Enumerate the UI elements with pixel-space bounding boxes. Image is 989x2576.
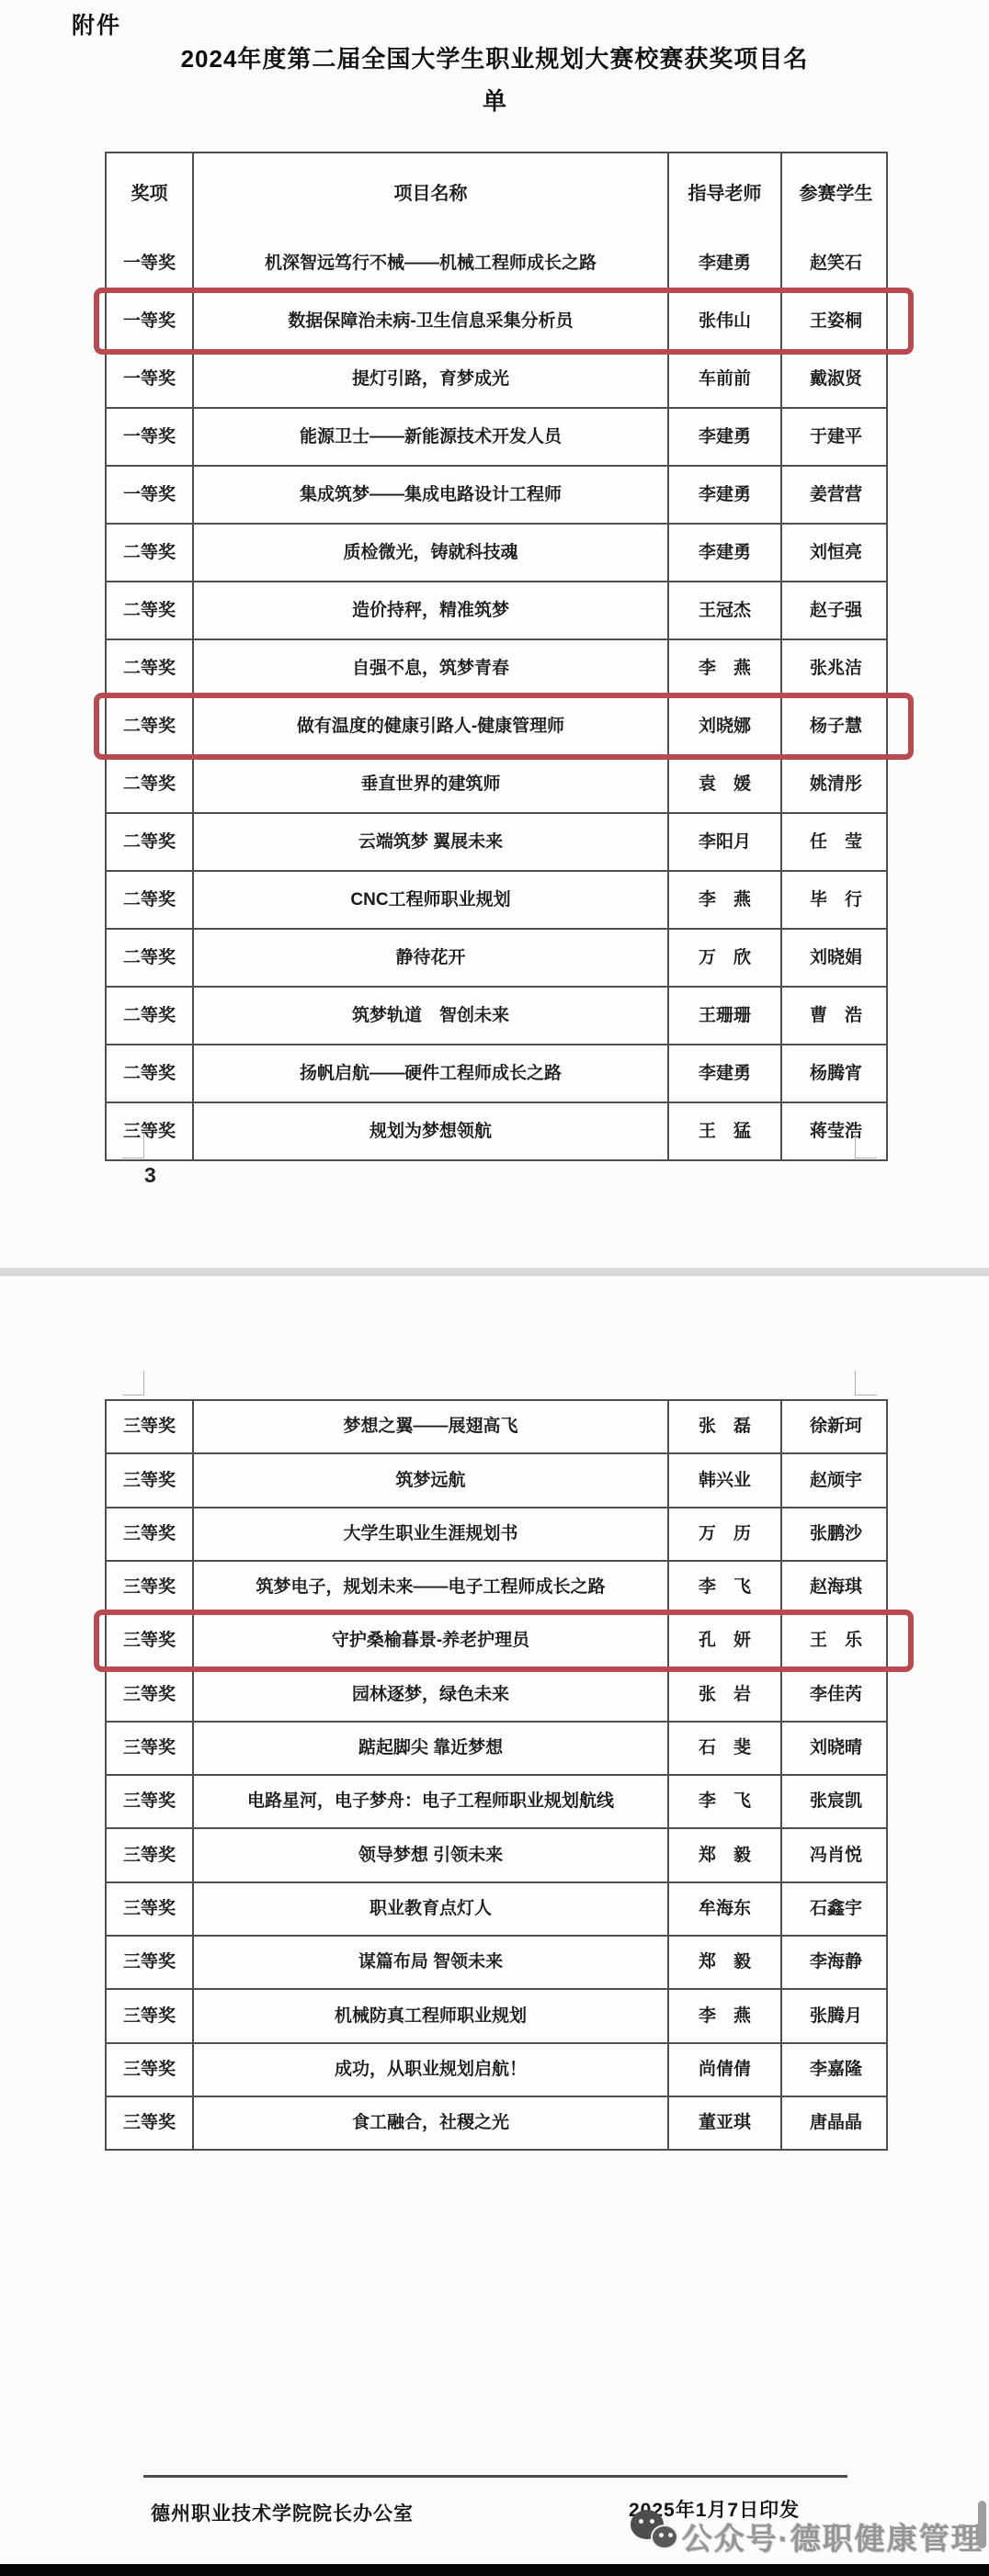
table-header-row: 奖项 项目名称 指导老师 参赛学生 bbox=[107, 153, 886, 235]
teacher-cell: 李建勇 bbox=[667, 1045, 780, 1102]
teacher-cell: 万 欣 bbox=[667, 930, 780, 986]
wechat-icon bbox=[631, 2508, 688, 2559]
teacher-cell: 车前前 bbox=[667, 351, 780, 407]
award-cell: 一等奖 bbox=[107, 467, 192, 523]
teacher-cell: 李阳月 bbox=[667, 814, 780, 870]
award-cell: 三等奖 bbox=[107, 2044, 192, 2096]
project-name-cell: 造价持秤，精准筑梦 bbox=[192, 582, 667, 638]
award-cell: 三等奖 bbox=[107, 1401, 192, 1452]
header-award: 奖项 bbox=[107, 153, 192, 235]
project-name-cell: 集成筑梦——集成电路设计工程师 bbox=[192, 467, 667, 523]
table-row: 二等奖 做有温度的健康引路人-健康管理师 刘晓娜 杨子慧 bbox=[107, 696, 886, 754]
student-cell: 于建平 bbox=[780, 409, 890, 465]
award-cell: 二等奖 bbox=[107, 872, 192, 928]
table-row: 二等奖 垂直世界的建筑师 袁 媛 姚清彤 bbox=[107, 754, 886, 812]
crop-mark bbox=[855, 1134, 877, 1158]
student-cell: 赵笑石 bbox=[780, 235, 890, 291]
watermark-text: 公众号·德职健康管理 bbox=[682, 2515, 983, 2559]
award-cell: 三等奖 bbox=[107, 1723, 192, 1774]
award-cell: 二等奖 bbox=[107, 525, 192, 581]
student-cell: 李嘉隆 bbox=[780, 2044, 890, 2096]
student-cell: 张鹏沙 bbox=[780, 1508, 890, 1560]
table-row: 二等奖 造价持秤，精准筑梦 王冠杰 赵子强 bbox=[107, 581, 886, 638]
student-cell: 张腾月 bbox=[780, 1990, 890, 2041]
project-name-cell: 梦想之翼——展翅高飞 bbox=[192, 1401, 667, 1452]
table-row: 三等奖 食工融合，社稷之光 董亚琪 唐晶晶 bbox=[107, 2096, 886, 2149]
table-row: 一等奖 提灯引路，育梦成光 车前前 戴淑贤 bbox=[107, 349, 886, 407]
teacher-cell: 张伟山 bbox=[667, 293, 780, 349]
project-name-cell: 职业教育点灯人 bbox=[192, 1883, 667, 1935]
awards-table-page1: 奖项 项目名称 指导老师 参赛学生 一等奖 机深智远笃行不械——机械工程师成长之… bbox=[105, 152, 888, 1161]
table-row: 二等奖 质检微光，铸就科技魂 李建勇 刘恒亮 bbox=[107, 523, 886, 581]
teacher-cell: 李 燕 bbox=[667, 1990, 780, 2041]
project-name-cell: CNC工程师职业规划 bbox=[192, 872, 667, 928]
student-cell: 冯肖悦 bbox=[780, 1829, 890, 1881]
student-cell: 姜营营 bbox=[780, 467, 890, 523]
teacher-cell: 万 历 bbox=[667, 1508, 780, 1560]
teacher-cell: 郑 毅 bbox=[667, 1937, 780, 1988]
project-name-cell: 成功，从职业规划启航！ bbox=[192, 2044, 667, 2096]
table-row: 三等奖 筑梦远航 韩兴业 赵颃宇 bbox=[107, 1452, 886, 1506]
table-row: 三等奖 职业教育点灯人 牟海东 石鑫宇 bbox=[107, 1881, 886, 1935]
table-row: 三等奖 成功，从职业规划启航！ 尚倩倩 李嘉隆 bbox=[107, 2042, 886, 2096]
project-name-cell: 数据保障治未病-卫生信息采集分析员 bbox=[192, 293, 667, 349]
student-cell: 王姿桐 bbox=[780, 293, 890, 349]
student-cell: 杨子慧 bbox=[780, 698, 890, 754]
teacher-cell: 李 飞 bbox=[667, 1776, 780, 1827]
teacher-cell: 李建勇 bbox=[667, 467, 780, 523]
student-cell: 徐新珂 bbox=[780, 1401, 890, 1452]
table-row: 二等奖 云端筑梦 翼展未来 李阳月 任 莹 bbox=[107, 812, 886, 870]
award-cell: 二等奖 bbox=[107, 756, 192, 812]
table-row: 一等奖 数据保障治未病-卫生信息采集分析员 张伟山 王姿桐 bbox=[107, 291, 886, 349]
teacher-cell: 李 燕 bbox=[667, 640, 780, 696]
student-cell: 赵子强 bbox=[780, 582, 890, 638]
project-name-cell: 守护桑榆暮景-养老护理员 bbox=[192, 1615, 667, 1666]
student-cell: 毕 行 bbox=[780, 872, 890, 928]
project-name-cell: 筑梦电子，规划未来——电子工程师成长之路 bbox=[192, 1562, 667, 1613]
award-cell: 三等奖 bbox=[107, 1990, 192, 2041]
table-row: 三等奖 谋篇布局 智领未来 郑 毅 李海静 bbox=[107, 1935, 886, 1988]
student-cell: 王 乐 bbox=[780, 1615, 890, 1666]
teacher-cell: 尚倩倩 bbox=[667, 2044, 780, 2096]
header-project: 项目名称 bbox=[192, 153, 667, 235]
project-name-cell: 食工融合，社稷之光 bbox=[192, 2097, 667, 2149]
student-cell: 唐晶晶 bbox=[780, 2097, 890, 2149]
teacher-cell: 刘晓娜 bbox=[667, 698, 780, 754]
footer-issuer: 德州职业技术学院院长办公室 bbox=[151, 2499, 414, 2526]
teacher-cell: 郑 毅 bbox=[667, 1829, 780, 1881]
crop-mark bbox=[122, 1134, 144, 1158]
table-row: 一等奖 集成筑梦——集成电路设计工程师 李建勇 姜营营 bbox=[107, 465, 886, 523]
teacher-cell: 王珊珊 bbox=[667, 988, 780, 1044]
award-cell: 三等奖 bbox=[107, 1937, 192, 1988]
awards-table-page2: 三等奖 梦想之翼——展翅高飞 张 磊 徐新珂 三等奖 筑梦远航 韩兴业 赵颃宇 … bbox=[105, 1399, 888, 2151]
award-cell: 一等奖 bbox=[107, 235, 192, 291]
table-row: 二等奖 自强不息，筑梦青春 李 燕 张兆洁 bbox=[107, 638, 886, 696]
crop-mark bbox=[855, 1371, 877, 1395]
project-name-cell: 机深智远笃行不械——机械工程师成长之路 bbox=[192, 235, 667, 291]
award-cell: 三等奖 bbox=[107, 1883, 192, 1935]
crop-mark bbox=[122, 1371, 144, 1395]
table-row: 一等奖 机深智远笃行不械——机械工程师成长之路 李建勇 赵笑石 bbox=[107, 235, 886, 291]
teacher-cell: 李建勇 bbox=[667, 525, 780, 581]
table-row: 三等奖 电路星河，电子梦舟：电子工程师职业规划航线 李 飞 张宸凯 bbox=[107, 1774, 886, 1827]
project-name-cell: 静待花开 bbox=[192, 930, 667, 986]
teacher-cell: 韩兴业 bbox=[667, 1454, 780, 1506]
project-name-cell: 质检微光，铸就科技魂 bbox=[192, 525, 667, 581]
student-cell: 石鑫宇 bbox=[780, 1883, 890, 1935]
student-cell: 杨腾宵 bbox=[780, 1045, 890, 1102]
footer-divider-line bbox=[143, 2475, 847, 2478]
table-row: 三等奖 领导梦想 引领未来 郑 毅 冯肖悦 bbox=[107, 1827, 886, 1881]
table-row: 一等奖 能源卫士——新能源技术开发人员 李建勇 于建平 bbox=[107, 407, 886, 465]
student-cell: 曹 浩 bbox=[780, 988, 890, 1044]
project-name-cell: 电路星河，电子梦舟：电子工程师职业规划航线 bbox=[192, 1776, 667, 1827]
student-cell: 张宸凯 bbox=[780, 1776, 890, 1827]
teacher-cell: 张 岩 bbox=[667, 1668, 780, 1720]
project-name-cell: 领导梦想 引领未来 bbox=[192, 1829, 667, 1881]
award-cell: 三等奖 bbox=[107, 1776, 192, 1827]
teacher-cell: 李 燕 bbox=[667, 872, 780, 928]
table-row: 三等奖 梦想之翼——展翅高飞 张 磊 徐新珂 bbox=[107, 1401, 886, 1452]
award-cell: 二等奖 bbox=[107, 1045, 192, 1102]
student-cell: 刘晓晴 bbox=[780, 1723, 890, 1774]
student-cell: 李佳芮 bbox=[780, 1668, 890, 1720]
award-cell: 二等奖 bbox=[107, 582, 192, 638]
teacher-cell: 李 飞 bbox=[667, 1562, 780, 1613]
award-cell: 二等奖 bbox=[107, 988, 192, 1044]
award-cell: 二等奖 bbox=[107, 814, 192, 870]
project-name-cell: 做有温度的健康引路人-健康管理师 bbox=[192, 698, 667, 754]
document-page: 附件 2024年度第二届全国大学生职业规划大赛校赛获奖项目名 单 奖项 项目名称… bbox=[0, 0, 989, 2576]
project-name-cell: 筑梦轨道 智创未来 bbox=[192, 988, 667, 1044]
teacher-cell: 李建勇 bbox=[667, 409, 780, 465]
award-cell: 三等奖 bbox=[107, 1668, 192, 1720]
award-cell: 一等奖 bbox=[107, 409, 192, 465]
page-number: 3 bbox=[144, 1163, 156, 1188]
award-cell: 三等奖 bbox=[107, 1829, 192, 1881]
student-cell: 赵海琪 bbox=[780, 1562, 890, 1613]
student-cell: 刘恒亮 bbox=[780, 525, 890, 581]
document-title-line1: 2024年度第二届全国大学生职业规划大赛校赛获奖项目名 bbox=[0, 40, 989, 74]
project-name-cell: 垂直世界的建筑师 bbox=[192, 756, 667, 812]
table-row: 三等奖 园林逐梦，绿色未来 张 岩 李佳芮 bbox=[107, 1666, 886, 1720]
teacher-cell: 李建勇 bbox=[667, 235, 780, 291]
table-row: 三等奖 机械防真工程师职业规划 李 燕 张腾月 bbox=[107, 1988, 886, 2041]
page-divider bbox=[0, 1268, 989, 1276]
document-title-line2: 单 bbox=[0, 83, 989, 117]
table-row: 二等奖 扬帆启航——硬件工程师成长之路 李建勇 杨腾宵 bbox=[107, 1044, 886, 1102]
student-cell: 戴淑贤 bbox=[780, 351, 890, 407]
project-name-cell: 提灯引路，育梦成光 bbox=[192, 351, 667, 407]
project-name-cell: 扬帆启航——硬件工程师成长之路 bbox=[192, 1045, 667, 1102]
project-name-cell: 谋篇布局 智领未来 bbox=[192, 1937, 667, 1988]
project-name-cell: 规划为梦想领航 bbox=[192, 1103, 667, 1159]
table-row: 三等奖 规划为梦想领航 王 猛 蒋莹浩 bbox=[107, 1102, 886, 1159]
award-cell: 三等奖 bbox=[107, 1615, 192, 1666]
project-name-cell: 机械防真工程师职业规划 bbox=[192, 1990, 667, 2041]
student-cell: 姚清彤 bbox=[780, 756, 890, 812]
header-teacher: 指导老师 bbox=[667, 153, 780, 235]
teacher-cell: 王冠杰 bbox=[667, 582, 780, 638]
teacher-cell: 袁 媛 bbox=[667, 756, 780, 812]
student-cell: 任 莹 bbox=[780, 814, 890, 870]
header-student: 参赛学生 bbox=[780, 153, 890, 235]
teacher-cell: 董亚琪 bbox=[667, 2097, 780, 2149]
award-cell: 二等奖 bbox=[107, 698, 192, 754]
project-name-cell: 自强不息，筑梦青春 bbox=[192, 640, 667, 696]
award-cell: 二等奖 bbox=[107, 930, 192, 986]
project-name-cell: 能源卫士——新能源技术开发人员 bbox=[192, 409, 667, 465]
teacher-cell: 牟海东 bbox=[667, 1883, 780, 1935]
student-cell: 李海静 bbox=[780, 1937, 890, 1988]
teacher-cell: 石 斐 bbox=[667, 1723, 780, 1774]
table-row: 三等奖 守护桑榆暮景-养老护理员 孔 妍 王 乐 bbox=[107, 1613, 886, 1666]
project-name-cell: 筑梦远航 bbox=[192, 1454, 667, 1506]
table-row: 二等奖 CNC工程师职业规划 李 燕 毕 行 bbox=[107, 870, 886, 928]
teacher-cell: 王 猛 bbox=[667, 1103, 780, 1159]
award-cell: 三等奖 bbox=[107, 1103, 192, 1159]
award-cell: 一等奖 bbox=[107, 293, 192, 349]
award-cell: 二等奖 bbox=[107, 640, 192, 696]
award-cell: 三等奖 bbox=[107, 1454, 192, 1506]
award-cell: 三等奖 bbox=[107, 2097, 192, 2149]
project-name-cell: 踮起脚尖 靠近梦想 bbox=[192, 1723, 667, 1774]
table-row: 三等奖 踮起脚尖 靠近梦想 石 斐 刘晓晴 bbox=[107, 1721, 886, 1774]
award-cell: 一等奖 bbox=[107, 351, 192, 407]
teacher-cell: 张 磊 bbox=[667, 1401, 780, 1452]
scrollbar-thumb[interactable] bbox=[978, 2501, 986, 2548]
attachment-label: 附件 bbox=[72, 7, 121, 40]
project-name-cell: 大学生职业生涯规划书 bbox=[192, 1508, 667, 1560]
student-cell: 赵颃宇 bbox=[780, 1454, 890, 1506]
table-row: 二等奖 筑梦轨道 智创未来 王珊珊 曹 浩 bbox=[107, 986, 886, 1044]
award-cell: 三等奖 bbox=[107, 1508, 192, 1560]
table-row: 三等奖 筑梦电子，规划未来——电子工程师成长之路 李 飞 赵海琪 bbox=[107, 1560, 886, 1613]
student-cell: 张兆洁 bbox=[780, 640, 890, 696]
award-cell: 三等奖 bbox=[107, 1562, 192, 1613]
project-name-cell: 云端筑梦 翼展未来 bbox=[192, 814, 667, 870]
table-row: 二等奖 静待花开 万 欣 刘晓娟 bbox=[107, 928, 886, 986]
student-cell: 刘晓娟 bbox=[780, 930, 890, 986]
project-name-cell: 园林逐梦，绿色未来 bbox=[192, 1668, 667, 1720]
teacher-cell: 孔 妍 bbox=[667, 1615, 780, 1666]
table-row: 三等奖 大学生职业生涯规划书 万 历 张鹏沙 bbox=[107, 1507, 886, 1560]
screen-bottom-bar bbox=[0, 2564, 989, 2576]
